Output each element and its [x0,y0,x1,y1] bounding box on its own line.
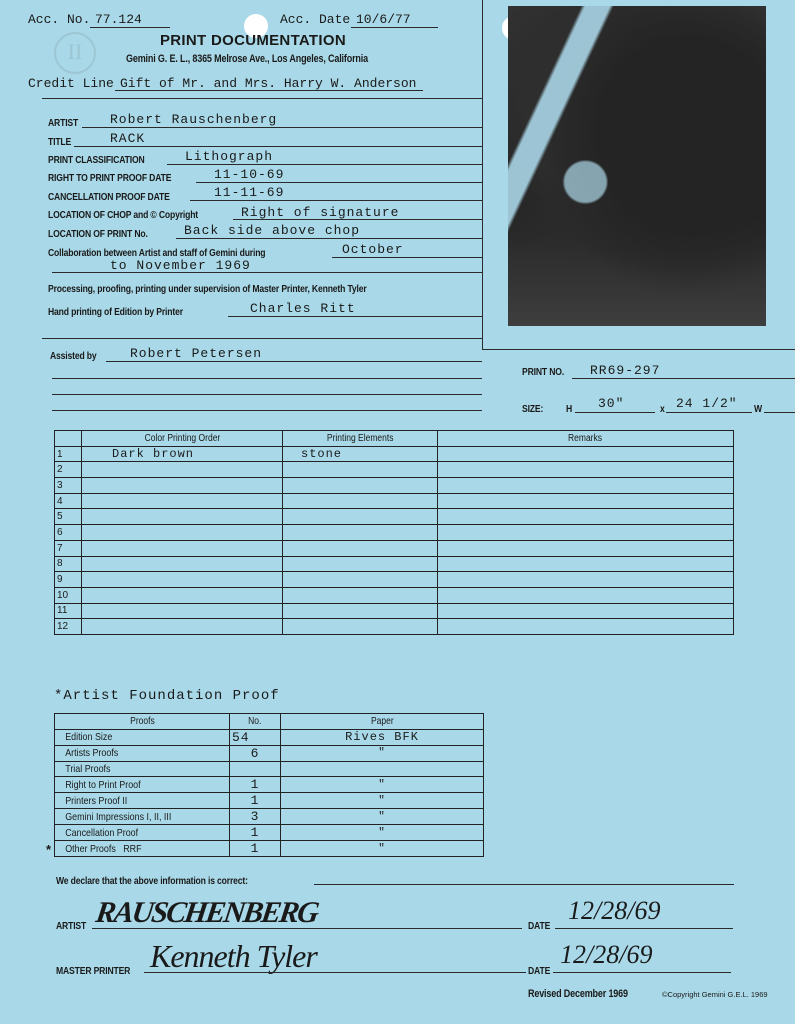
assisted-by-label: Assisted by [50,350,97,362]
copyright: ©Copyright Gemini G.E.L. 1969 [662,990,768,999]
size-w-label: W [754,403,762,415]
chop-value: Right of signature [241,205,399,220]
chop-label: LOCATION OF CHOP and © Copyright [48,209,198,221]
table-row: 8 [55,556,734,572]
acc-no-label: Acc. No. [28,12,90,27]
revised-date: Revised December 1969 [528,988,628,1000]
artist-date: 12/28/69 [568,896,660,926]
artist-value: Robert Rauschenberg [110,112,277,127]
artist-date-label: DATE [528,920,550,932]
table-row: Other Proofs RRF1" [55,841,484,857]
address: Gemini G. E. L., 8365 Melrose Ave., Los … [126,53,368,65]
table-row: 5 [55,509,734,525]
table-row: 10 [55,587,734,603]
table-row: 2 [55,462,734,478]
table-row: 6 [55,525,734,541]
cancel-date-label: CANCELLATION PROOF DATE [48,191,170,203]
master-printer-signature: Kenneth Tyler [150,938,317,975]
master-printer-label: MASTER PRINTER [56,965,130,977]
table-header: Paper [281,714,484,730]
color-printing-table: Color Printing Order Printing Elements R… [54,430,734,635]
table-row: 7 [55,540,734,556]
processing-text: Processing, proofing, printing under sup… [48,283,367,295]
print-no-label: PRINT NO. [522,366,564,378]
declaration-text: We declare that the above information is… [56,875,248,887]
classification-value: Lithograph [185,149,273,164]
acc-no-value: 77.124 [95,12,142,27]
credit-line-value: Gift of Mr. and Mrs. Harry W. Anderson [120,76,416,91]
size-h-value: 30" [598,396,624,411]
table-row: Edition Size54Rives BFK [55,729,484,745]
acc-date-label: Acc. Date [280,12,350,27]
print-no-location-label: LOCATION OF PRINT No. [48,228,148,240]
artist-label: ARTIST [48,117,78,129]
size-h-label: H [566,403,572,415]
cancel-date-value: 11-11-69 [214,185,284,200]
table-header: Remarks [438,431,734,447]
assisted-by-value: Robert Petersen [130,346,262,361]
rtp-date-value: 11-10-69 [214,167,284,182]
table-row: 3 [55,478,734,494]
printer-date-label: DATE [528,965,550,977]
title-label: TITLE [48,136,71,148]
table-header: No. [230,714,281,730]
print-no-value: RR69-297 [590,363,660,378]
artist-signature-label: ARTIST [56,920,86,932]
print-no-location-value: Back side above chop [184,223,360,238]
printer-date: 12/28/69 [560,940,652,970]
table-header: Proofs [55,714,230,730]
table-row: Trial Proofs [55,761,484,777]
table-row: 11 [55,603,734,619]
table-row: Right to Print Proof1" [55,777,484,793]
hand-printing-value: Charles Ritt [250,301,356,316]
title-value: RACK [110,131,145,146]
other-proofs-star: * [46,842,51,857]
size-label: SIZE: [522,403,543,415]
size-w-value: 24 1/2" [676,396,738,411]
rtp-date-label: RIGHT TO PRINT PROOF DATE [48,172,171,184]
artwork-thumbnail [508,6,766,326]
credit-line-label: Credit Line [28,76,114,91]
artist-signature: RAUSCHENBERG [94,896,320,930]
table-row: Cancellation Proof1" [55,825,484,841]
page-title: PRINT DOCUMENTATION [160,32,346,49]
proofs-heading: *Artist Foundation Proof [54,688,280,704]
acc-date-value: 10/6/77 [356,12,411,27]
collaboration-value-2: to November 1969 [110,258,251,273]
table-row: 1Dark brownstone [55,446,734,462]
hand-printing-label: Hand printing of Edition by Printer [48,306,183,318]
table-header: Printing Elements [283,431,438,447]
size-x-label: x [660,403,665,415]
table-header: Color Printing Order [82,431,283,447]
proofs-table: Proofs No. Paper Edition Size54Rives BFK… [54,713,484,857]
classification-label: PRINT CLASSIFICATION [48,154,145,166]
table-row: 9 [55,572,734,588]
table-row: 4 [55,493,734,509]
gemini-logo-icon: II [54,32,96,74]
table-header [55,431,82,447]
collaboration-value-1: October [342,242,404,257]
table-row: Artists Proofs6" [55,745,484,761]
table-row: 12 [55,619,734,635]
table-row: Gemini Impressions I, II, III3" [55,809,484,825]
table-row: Printers Proof II1" [55,793,484,809]
